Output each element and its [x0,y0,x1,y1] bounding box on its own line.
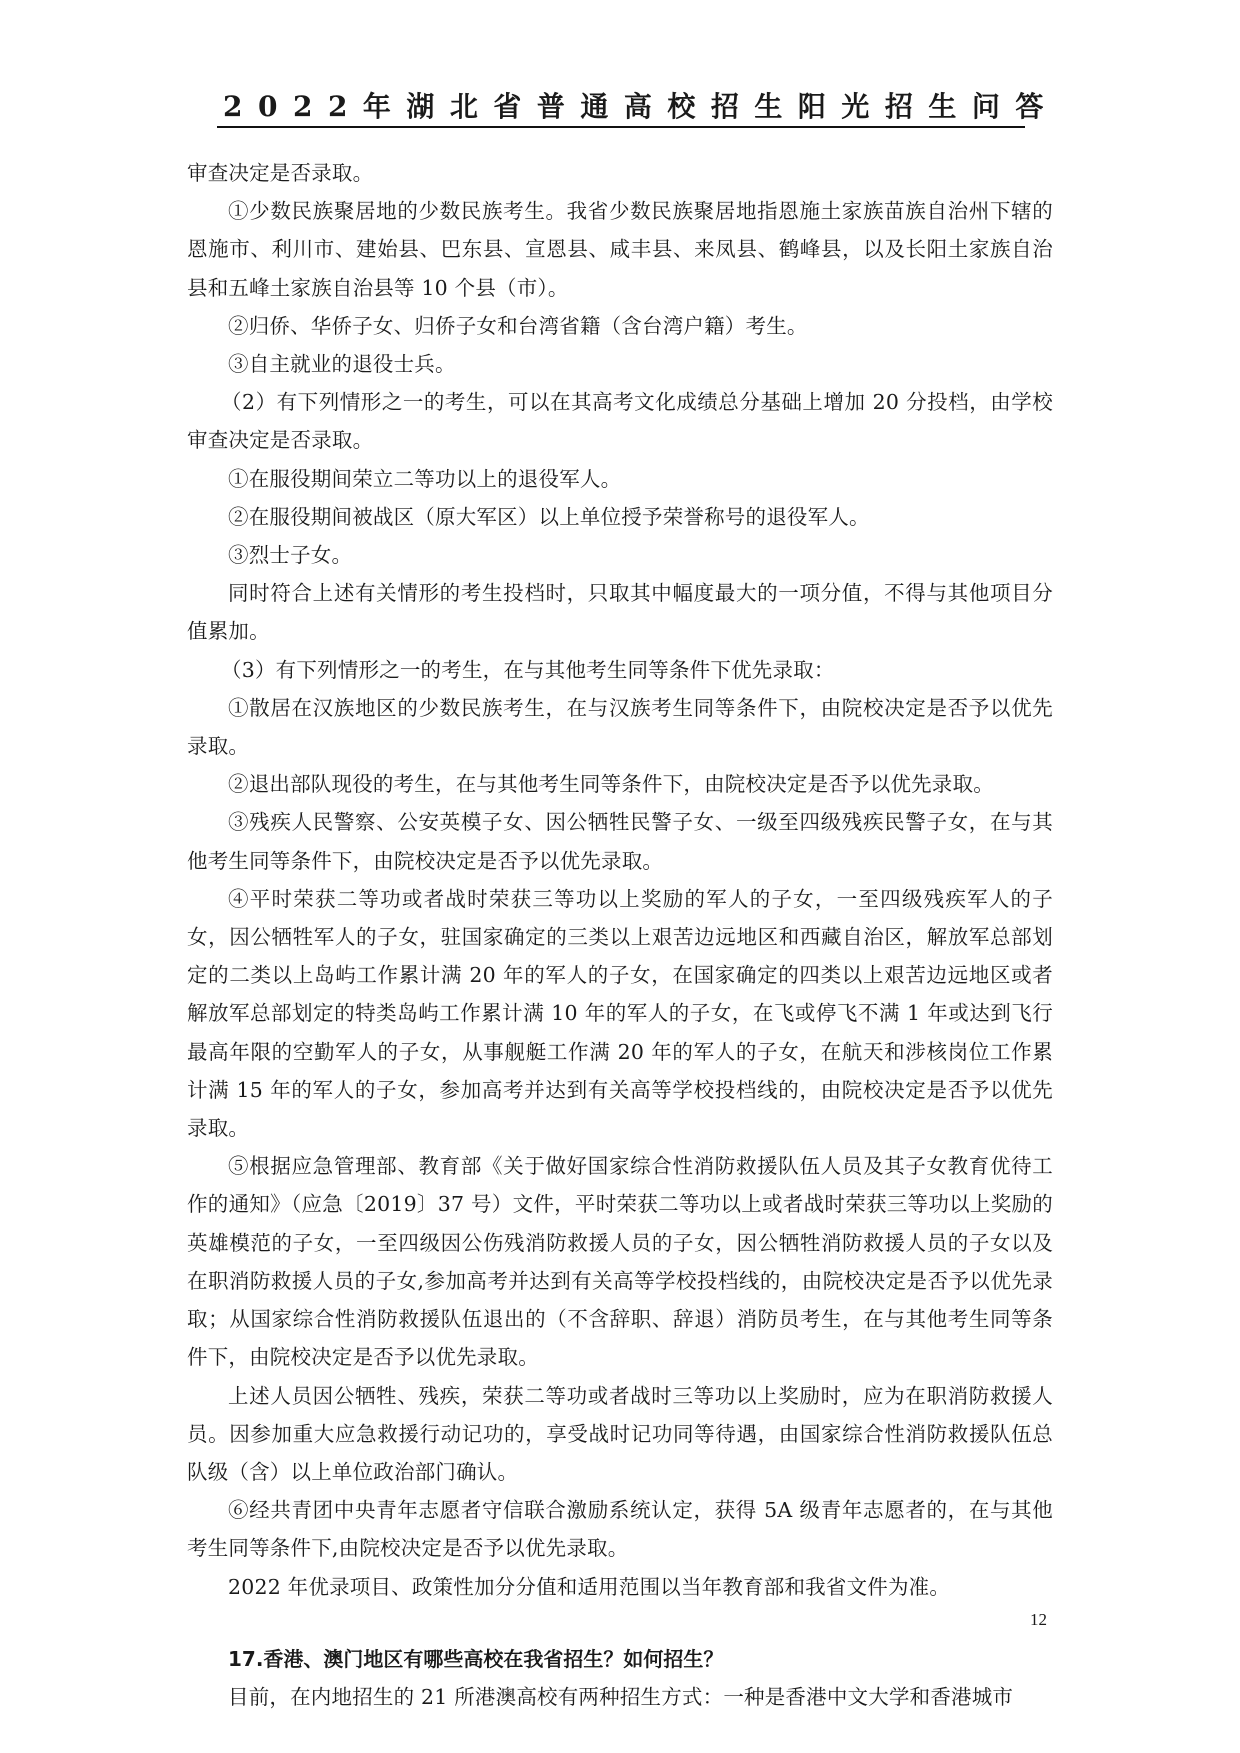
paragraph: ②在服役期间被战区（原大军区）以上单位授予荣誉称号的退役军人。 [187,498,1053,536]
answer-paragraph: 目前，在内地招生的 21 所港澳高校有两种招生方式：一种是香港中文大学和香港城市 [187,1678,1053,1716]
paragraph: ①在服役期间荣立二等功以上的退役军人。 [187,460,1053,498]
paragraph: （2）有下列情形之一的考生，可以在其高考文化成绩总分基础上增加 20 分投档，由… [187,383,1053,459]
paragraph: ②归侨、华侨子女、归侨子女和台湾省籍（含台湾户籍）考生。 [187,307,1053,345]
paragraph: ⑤根据应急管理部、教育部《关于做好国家综合性消防救援队伍人员及其子女教育优待工作… [187,1147,1053,1376]
paragraph: （3）有下列情形之一的考生，在与其他考生同等条件下优先录取： [187,651,1053,689]
page-number: 12 [1030,1610,1047,1630]
paragraph: 同时符合上述有关情形的考生投档时，只取其中幅度最大的一项分值，不得与其他项目分值… [187,574,1053,650]
paragraph: 2022 年优录项目、政策性加分分值和适用范围以当年教育部和我省文件为准。 [187,1568,1053,1606]
paragraph: ①散居在汉族地区的少数民族考生，在与汉族考生同等条件下，由院校决定是否予以优先录… [187,689,1053,765]
document-body: 审查决定是否录取。 ①少数民族聚居地的少数民族考生。我省少数民族聚居地指恩施土家… [187,154,1053,1716]
paragraph: ③烈士子女。 [187,536,1053,574]
paragraph: 审查决定是否录取。 [187,154,1053,192]
paragraph: ⑥经共青团中央青年志愿者守信联合激励系统认定，获得 5A 级青年志愿者的，在与其… [187,1491,1053,1567]
paragraph: ②退出部队现役的考生，在与其他考生同等条件下，由院校决定是否予以优先录取。 [187,765,1053,803]
paragraph: ③残疾人民警察、公安英模子女、因公牺牲民警子女、一级至四级残疾民警子女，在与其他… [187,803,1053,879]
paragraph: ④平时荣获二等功或者战时荣获三等功以上奖励的军人的子女，一至四级残疾军人的子女，… [187,880,1053,1147]
paragraph: ③自主就业的退役士兵。 [187,345,1053,383]
document-title: 2022年湖北省普通高校招生阳光招生问答 [223,88,1059,126]
page-header: 2022年湖北省普通高校招生阳光招生问答 [217,88,1025,128]
paragraph: 上述人员因公牺牲、残疾，荣获二等功或者战时三等功以上奖励时，应为在职消防救援人员… [187,1377,1053,1492]
paragraph: ①少数民族聚居地的少数民族考生。我省少数民族聚居地指恩施土家族苗族自治州下辖的恩… [187,192,1053,307]
question-heading: 17.香港、澳门地区有哪些高校在我省招生？如何招生？ [187,1640,1053,1678]
